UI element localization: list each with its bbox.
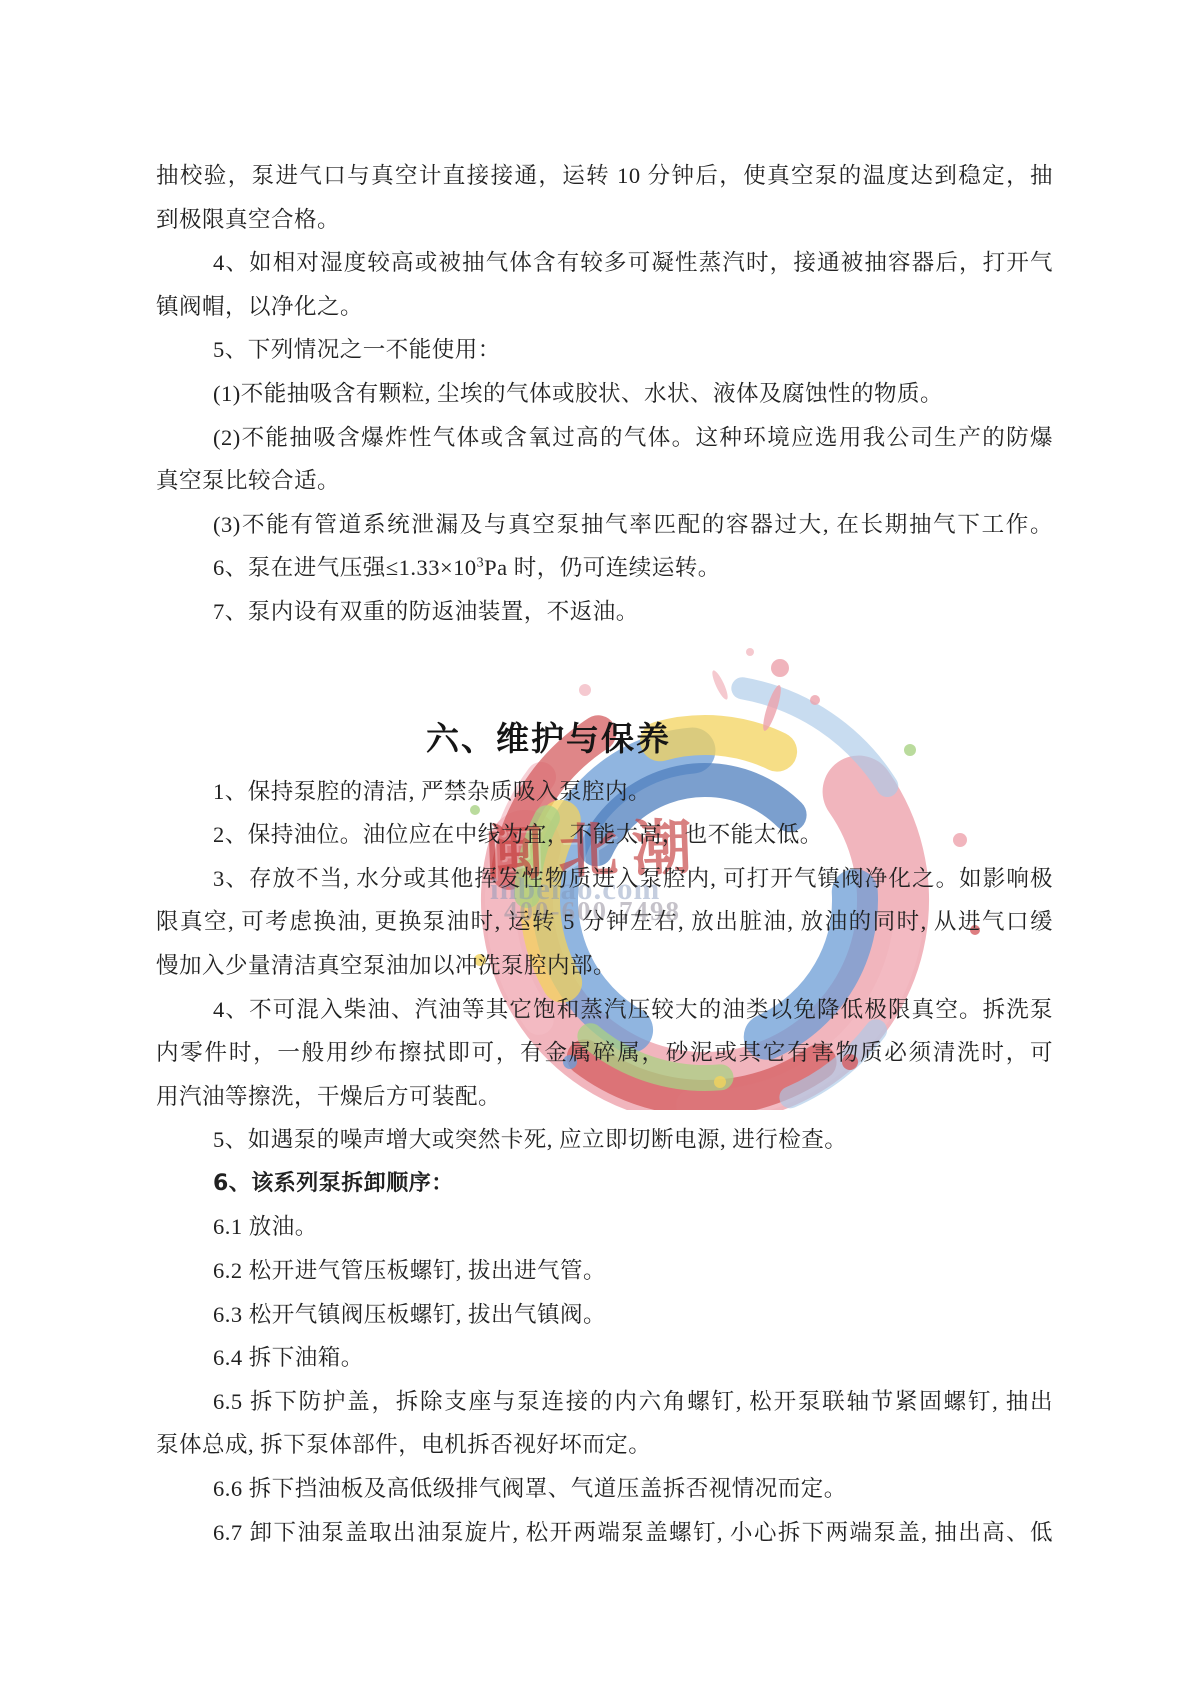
text-line: 6、泵在进气压强≤1.33×103Pa 时，仍可连续运转。	[156, 546, 1053, 590]
document-content: 抽校验，泵进气口与真空计直接接通，运转 10 分钟后，使真空泵的温度达到稳定，抽…	[0, 0, 1200, 1554]
text-line: 限真空, 可考虑换油, 更换泵油时, 运转 5 分钟左右, 放出脏油, 放油的同…	[156, 900, 1053, 944]
text-line: 4、不可混入柴油、汽油等其它饱和蒸汽压较大的油类以免降低极限真空。拆洗泵	[156, 988, 1053, 1032]
text-line: 泵体总成, 拆下泵体部件，电机拆否视好坏而定。	[156, 1423, 1053, 1467]
text-line: 6、该系列泵拆卸顺序：	[156, 1162, 1053, 1206]
text-line: 6.4 拆下油箱。	[156, 1336, 1053, 1380]
text-line: 1、保持泵腔的清洁, 严禁杂质吸入泵腔内。	[156, 770, 1053, 814]
text-line: 2、保持油位。油位应在中线为宜，不能太高，也不能太低。	[156, 813, 1053, 857]
text-line: 5、下列情况之一不能使用：	[156, 328, 1053, 372]
text-line: 3、存放不当, 水分或其他挥发性物质进入泵腔内, 可打开气镇阀净化之。如影响极	[156, 857, 1053, 901]
text-line: 真空泵比较合适。	[156, 459, 1053, 503]
text-line: 6.3 松开气镇阀压板螺钉, 拔出气镇阀。	[156, 1293, 1053, 1337]
text-line: 6.1 放油。	[156, 1205, 1053, 1249]
section-usage-notes: 抽校验，泵进气口与真空计直接接通，运转 10 分钟后，使真空泵的温度达到稳定，抽…	[156, 154, 1053, 634]
text-line: 6.2 松开进气管压板螺钉, 拔出进气管。	[156, 1249, 1053, 1293]
text-line: (3)不能有管道系统泄漏及与真空泵抽气率匹配的容器过大, 在长期抽气下工作。	[156, 503, 1053, 547]
document-page: 闽北潮 inbeiao.com 400-600-7498 抽校验，泵进气口与真空…	[0, 0, 1200, 1697]
text-line: 4、如相对湿度较高或被抽气体含有较多可凝性蒸汽时，接通被抽容器后，打开气	[156, 241, 1053, 285]
section-maintenance-body: 1、保持泵腔的清洁, 严禁杂质吸入泵腔内。2、保持油位。油位应在中线为宜，不能太…	[156, 770, 1053, 1555]
text-line: (1)不能抽吸含有颗粒, 尘埃的气体或胶状、水状、液体及腐蚀性的物质。	[156, 372, 1053, 416]
text-line: 到极限真空合格。	[156, 198, 1053, 242]
text-line: 7、泵内设有双重的防返油装置，不返油。	[156, 590, 1053, 634]
text-line: 慢加入少量清洁真空泵油加以冲洗泵腔内部。	[156, 944, 1053, 988]
text-line: 6.5 拆下防护盖，拆除支座与泵连接的内六角螺钉, 松开泵联轴节紧固螺钉, 抽出	[156, 1380, 1053, 1424]
text-line: 6.7 卸下油泵盖取出油泵旋片, 松开两端泵盖螺钉, 小心拆下两端泵盖, 抽出高…	[156, 1511, 1053, 1555]
section-heading: 六、维护与保养	[100, 716, 997, 762]
text-line: (2)不能抽吸含爆炸性气体或含氧过高的气体。这种环境应选用我公司生产的防爆	[156, 416, 1053, 460]
text-line: 抽校验，泵进气口与真空计直接接通，运转 10 分钟后，使真空泵的温度达到稳定，抽	[156, 154, 1053, 198]
text-run: 6、泵在进气压强≤1.33×10	[213, 555, 477, 580]
text-line: 内零件时，一般用纱布擦拭即可，有金属碎属，砂泥或其它有害物质必须清洗时，可	[156, 1031, 1053, 1075]
text-line: 5、如遇泵的噪声增大或突然卡死, 应立即切断电源, 进行检查。	[156, 1118, 1053, 1162]
text-run: Pa 时，仍可连续运转。	[484, 555, 721, 580]
text-line: 6.6 拆下挡油板及高低级排气阀罩、气道压盖拆否视情况而定。	[156, 1467, 1053, 1511]
text-line: 用汽油等擦洗，干燥后方可装配。	[156, 1075, 1053, 1119]
text-line: 镇阀帽，以净化之。	[156, 285, 1053, 329]
